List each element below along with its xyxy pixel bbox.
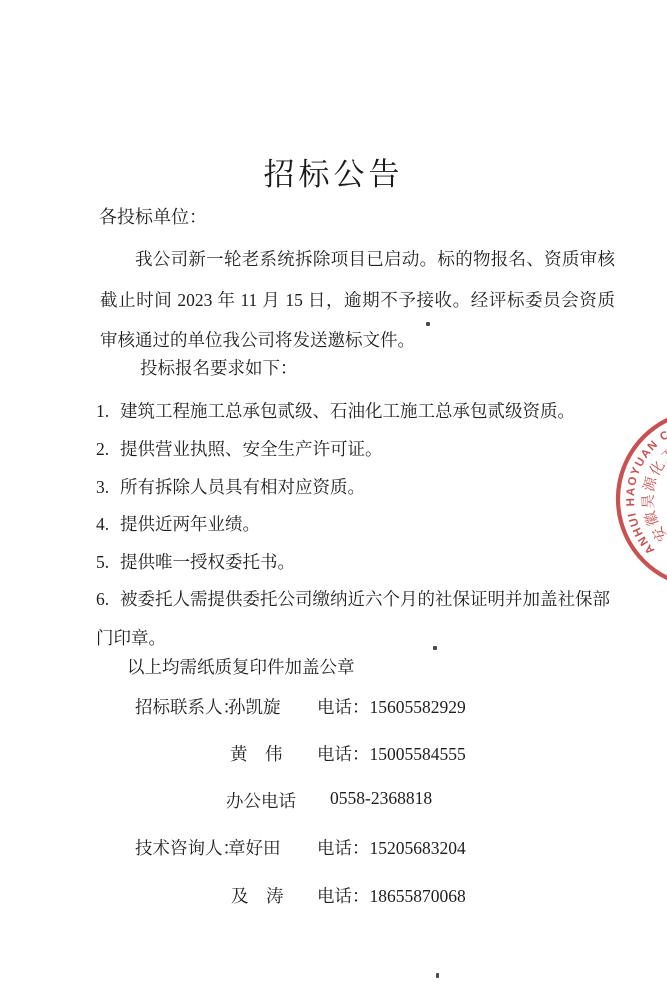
contact-row-bid-contact-2: 黄 伟 电话：15005584555 (0, 741, 667, 767)
requirement-number: 3. (96, 468, 120, 507)
contact-name: 办公电话 (226, 788, 296, 813)
requirement-item-6: 6.被委托人需提供委托公司缴纳近六个月的社保证明并加盖社保部门印章。 (96, 580, 618, 658)
contact-phone: 0558-2368818 (330, 788, 432, 809)
phone-label: 电话： (317, 838, 370, 858)
requirement-text: 提供唯一授权委托书。 (120, 552, 295, 572)
requirement-number: 1. (96, 392, 120, 431)
contact-label: 招标联系人： (135, 694, 240, 719)
requirement-text: 所有拆除人员具有相对应资质。 (120, 477, 365, 497)
intro-paragraph: 我公司新一轮老系统拆除项目已启动。标的物报名、资质审核截止时间 2023 年 1… (100, 239, 615, 361)
requirement-text: 建筑工程施工总承包贰级、石油化工施工总承包贰级资质。 (120, 401, 575, 421)
requirement-item-5: 5.提供唯一授权委托书。 (96, 543, 618, 582)
contact-label: 技术咨询人： (135, 835, 240, 860)
contact-phone: 电话：15205683204 (317, 835, 466, 860)
phone-number: 18655870068 (370, 886, 466, 906)
contact-row-bid-contact: 招标联系人： 孙凯旋 电话：15605582929 (0, 694, 667, 720)
contact-name: 孙凯旋 (228, 694, 281, 719)
requirement-item-4: 4.提供近两年业绩。 (96, 505, 618, 544)
contact-row-technical-contact: 技术咨询人： 章好田 电话：15205683204 (0, 835, 667, 861)
phone-label: 电话： (317, 697, 370, 717)
salutation: 各投标单位： (99, 203, 207, 229)
contact-phone: 电话：15605582929 (317, 694, 466, 719)
phone-number: 15605582929 (370, 697, 466, 717)
scan-speck (433, 646, 437, 650)
requirement-text: 被委托人需提供委托公司缴纳近六个月的社保证明并加盖社保部门印章。 (96, 589, 610, 648)
phone-number: 0558-2368818 (330, 788, 432, 808)
scan-speck (426, 322, 430, 326)
requirement-number: 5. (96, 543, 120, 582)
contact-phone: 电话：18655870068 (317, 883, 466, 908)
contact-row-technical-contact-2: 及 涛 电话：18655870068 (0, 883, 667, 909)
contact-name: 章好田 (228, 835, 281, 860)
contact-name: 及 涛 (231, 883, 284, 908)
requirements-intro: 投标报名要求如下： (140, 355, 298, 380)
requirement-text: 提供近两年业绩。 (120, 514, 260, 534)
scan-speck (436, 973, 439, 978)
requirement-text: 提供营业执照、安全生产许可证。 (120, 439, 383, 459)
phone-number: 15005584555 (370, 744, 466, 764)
requirement-item-1: 1.建筑工程施工总承包贰级、石油化工施工总承包贰级资质。 (96, 392, 618, 431)
requirement-number: 2. (96, 430, 120, 469)
phone-number: 15205683204 (370, 838, 466, 858)
document-title: 招标公告 (0, 149, 667, 194)
phone-label: 电话： (317, 886, 370, 906)
contact-name: 黄 伟 (230, 741, 283, 766)
requirement-item-2: 2.提供营业执照、安全生产许可证。 (96, 430, 618, 469)
stamp-requirement-note: 以上均需纸质复印件加盖公章 (127, 654, 355, 679)
requirement-number: 4. (96, 505, 120, 544)
contact-phone: 电话：15005584555 (317, 741, 466, 766)
requirement-number: 6. (96, 580, 120, 619)
contact-row-office-phone: 办公电话 0558-2368818 (0, 788, 667, 814)
requirement-item-3: 3.所有拆除人员具有相对应资质。 (96, 468, 618, 507)
scanned-document-page: 招标公告 各投标单位： 我公司新一轮老系统拆除项目已启动。标的物报名、资质审核截… (0, 0, 667, 1000)
phone-label: 电话： (317, 744, 370, 764)
